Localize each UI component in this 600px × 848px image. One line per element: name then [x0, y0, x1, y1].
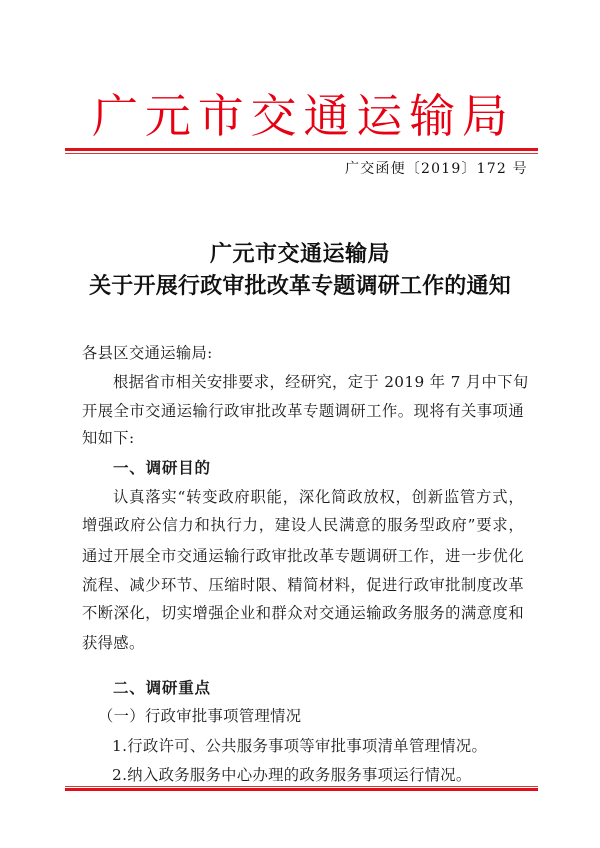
section-heading-focus: 二、调研重点	[82, 674, 524, 703]
letterhead-char: 输	[407, 88, 457, 144]
salutation: 各县区交通运输局:	[82, 339, 524, 368]
letterhead-char: 广	[90, 88, 140, 144]
notice-title-line2: 关于开展行政审批改革专题调研工作的通知	[0, 272, 600, 300]
notice-title-line1: 广元市交通运输局	[0, 240, 600, 268]
letterhead-char: 市	[196, 88, 246, 144]
intro-line: 根据省市相关安排要求，经研究，定于 2019 年 7 月中下旬	[82, 368, 524, 397]
footer-divider-thick	[65, 788, 538, 791]
letterhead-char: 局	[460, 88, 510, 144]
paragraph-line: 增强政府公信力和执行力，建设人民满意的服务型政府”要求，	[82, 511, 524, 540]
section-heading-purpose: 一、调研目的	[82, 454, 524, 483]
footer-divider-thin	[65, 786, 538, 787]
document-number: 广交函便〔2019〕172 号	[345, 159, 520, 179]
list-item: 1.行政许可、公共服务事项等审批事项清单管理情况。	[112, 732, 522, 761]
letterhead-divider-thin	[65, 153, 538, 154]
paragraph-line: 获得感。	[82, 629, 524, 658]
paragraph-line: 流程、减少环节、压缩时限、精简材料，促进行政审批制度改革	[82, 571, 524, 600]
paragraph-line: 认真落实“转变政府职能，深化简政放权，创新监管方式，	[82, 483, 524, 512]
paragraph-line: 通过开展全市交通运输行政审批改革专题调研工作，进一步优化	[82, 542, 524, 571]
letterhead-divider-thick	[65, 148, 538, 151]
intro-line: 知如下:	[82, 424, 524, 453]
letterhead-char: 交	[249, 88, 299, 144]
subsection-heading: （一）行政审批事项管理情况	[98, 702, 518, 731]
letterhead-char: 运	[354, 88, 404, 144]
paragraph-line: 不断深化，切实增强企业和群众对交通运输政务服务的满意度和	[82, 599, 524, 628]
letterhead-char: 元	[143, 88, 193, 144]
letterhead-char: 通	[301, 88, 351, 144]
intro-line: 开展全市交通运输行政审批改革专题调研工作。现将有关事项通	[82, 397, 524, 426]
letterhead-title: 广 元 市 交 通 运 输 局	[90, 88, 510, 144]
